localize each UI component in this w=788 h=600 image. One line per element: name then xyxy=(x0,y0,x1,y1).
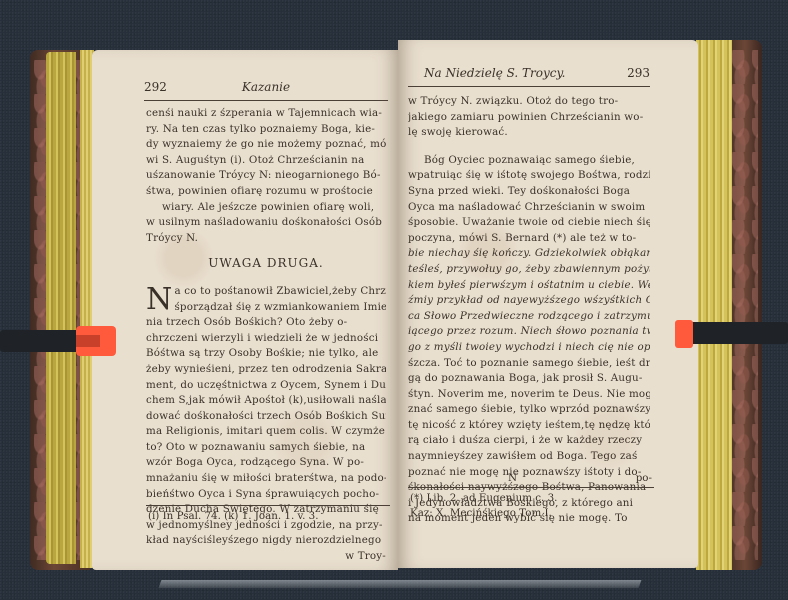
text-line: wzór Boga Oyca, rodzącego Syna. W po- xyxy=(146,455,386,471)
text-line: ment, do uczęśtnictwa z Oycem, Synem i D… xyxy=(146,378,386,394)
text-line: Oyca ma naśladować Chrześcianin w swoim xyxy=(408,200,650,216)
footnote-rule xyxy=(408,487,654,488)
text-line: iącego przez rozum. Niech śłowo poznania… xyxy=(408,324,650,340)
text-line: chrzczeni wierzyli i wiedzieli że w jedn… xyxy=(146,331,386,347)
text-line: Syna przed wieki. Tey dośkonałości Boga xyxy=(408,184,650,200)
text-line: cenśi nauki z śzperania w Tajemnicach wi… xyxy=(146,106,386,122)
left-running-head-title: Kazanie xyxy=(144,80,388,94)
text-line: śtyn. Noverim me, noverim te Deus. Nie m… xyxy=(408,387,650,403)
paragraph-gap xyxy=(408,141,650,153)
acrylic-book-stand xyxy=(159,580,642,588)
right-cover-marbled xyxy=(728,40,762,570)
left-footnote: (i) In Psal. 74. (k) 1. Joan. 1. v. 3. xyxy=(148,510,319,522)
catchword: po- xyxy=(636,472,652,484)
right-footnote: (*) Lib. 2. ad Eugenium c. 3. xyxy=(410,492,557,504)
right-page-clip xyxy=(675,318,788,348)
left-body-text: cenśi nauki z śzperania w Tajemnicach wi… xyxy=(146,106,386,565)
text-line: wi S. Auguśtyn (i). Otoż Chrześcianin na xyxy=(146,153,386,169)
text-line: Tróycy N. xyxy=(146,231,386,247)
text-line: żeby wynieśieni, przez ten odrodzenia Sa… xyxy=(146,362,386,378)
right-running-head: Na Niedzielę S. Troycy. 293 xyxy=(408,66,650,87)
text-line: go z myśli twoiey wychodzi i niech cię n… xyxy=(408,340,650,356)
text-line: lę swoję kierować. xyxy=(408,125,650,141)
text-line: teśleś, przywołuy go, żeby zbawiennym po… xyxy=(408,262,650,278)
right-running-head-title: Na Niedzielę S. Troycy. xyxy=(424,66,650,80)
text-line: gą do poznawania Boga, jak prosił S. Aug… xyxy=(408,371,650,387)
text-line: rą ciało i duśza cierpi, i że w każdey r… xyxy=(408,433,650,449)
text-line: poznać nie mogę nie poznawśzy iśtoty i d… xyxy=(408,465,650,481)
text-line: nia trzech Osób Bośkich? Oto żeby o- xyxy=(146,315,386,331)
text-line: wpatruiąc śię w iśtotę swojego Bośtwa, r… xyxy=(408,168,650,184)
signature-mark: N xyxy=(508,472,517,484)
right-body-text: w Tróycy N. związku. Otoż do tego tro- j… xyxy=(408,94,650,527)
text-line: śporządzał śię z wzmiankowaniem Imie- xyxy=(174,300,386,316)
clip-arm xyxy=(685,322,788,344)
text-line: dować dośkonałości trzech Osób Bośkich S… xyxy=(146,409,386,425)
left-page: 292 Kazanie cenśi nauki z śzperania w Ta… xyxy=(92,50,398,570)
text-line: tę nicość z którey wzięty ieśtem,tę nędz… xyxy=(408,418,650,434)
text-line: kład nayściśleyśzego nigdy nierozdzielne… xyxy=(146,533,386,549)
text-line: w Tróycy N. związku. Otoż do tego tro- xyxy=(408,94,650,110)
right-page: Na Niedzielę S. Troycy. 293 w Tróycy N. … xyxy=(398,40,698,568)
left-running-head: 292 Kazanie xyxy=(144,80,388,101)
text-line: ry. Na ten czas tylko poznaiemy Boga, ki… xyxy=(146,122,386,138)
text-line: śzcza. Toć to poznanie samego śiebie, ie… xyxy=(408,356,650,372)
text-line: wiary. Ale jeśzcze powinien ofiarę woli, xyxy=(146,200,386,216)
text-line: w usilnym naśladowaniu dośkonałości Osób xyxy=(146,215,386,231)
text-line: bieńśtwo Oyca i Syna śprawuiących pocho- xyxy=(146,487,386,503)
text-line: kiem byłeś pierwśzym i ośtatnim u ciebie… xyxy=(408,278,650,294)
left-page-clip xyxy=(0,326,118,356)
text-line: śposobie. Uważanie twoie od ciebie niech… xyxy=(408,215,650,231)
clip-tip xyxy=(76,326,116,356)
section-heading: UWAGA DRUGA. xyxy=(146,256,386,272)
text-line: Bóg Oyciec poznawaiąc samego śiebie, xyxy=(408,153,650,169)
drop-cap: N xyxy=(146,286,172,314)
text-line: naymnieyśzey zawiśłem od Boga. Tego zaś xyxy=(408,449,650,465)
text-line: to? Oto w poznawaniu samych śiebie, na xyxy=(146,440,386,456)
volume-signature-line: Kaz: X. Mecińśkiego Tom I. xyxy=(410,507,552,519)
book-photo-scene: 292 Kazanie cenśi nauki z śzperania w Ta… xyxy=(0,0,788,600)
clip-tip xyxy=(675,320,693,348)
text-line: Bóśtwa są trzy Osoby Bośkie; nie tylko, … xyxy=(146,346,386,362)
text-line: mnażaniu śię w miłości braterśtwa, na po… xyxy=(146,471,386,487)
text-line: ma Religionis, imitari quem colis. W czy… xyxy=(146,424,386,440)
text-line: źmiy przykład od nayewyżśzego wśzyśtkich… xyxy=(408,293,650,309)
text-line: chem S,jak mówił Apośtoł (k),usiłowali n… xyxy=(146,393,386,409)
text-line: a co to pośtanowił Zbawiciel,żeby Chrześ… xyxy=(174,284,386,300)
text-line: bie niechay śię kończy. Gdziekolwiek obł… xyxy=(408,246,650,262)
catch-line: w Troy- xyxy=(146,549,386,565)
right-page-number: 293 xyxy=(627,66,650,80)
text-line: ca Słowo Przedwieczne rodzącego i zatrzy… xyxy=(408,309,650,325)
text-line: jakiego zamiaru powinien Chrześcianin wo… xyxy=(408,110,650,126)
text-line: poczyna, mówi S. Bernard (*) ale też w t… xyxy=(408,231,650,247)
text-line: dy wyznaiemy że go nie możemy poznać, mó… xyxy=(146,137,386,153)
left-gilt-edge xyxy=(46,52,76,564)
footnote-rule xyxy=(146,505,390,506)
text-line: uśzanowanie Tróycy N: nieogarnionego Bó- xyxy=(146,168,386,184)
text-line: znać samego śiebie, tylko wprzód poznawś… xyxy=(408,402,650,418)
right-gilt-edge xyxy=(696,40,732,570)
text-line: śtwa, powinien ofiarę rozumu w prośtocie xyxy=(146,184,386,200)
